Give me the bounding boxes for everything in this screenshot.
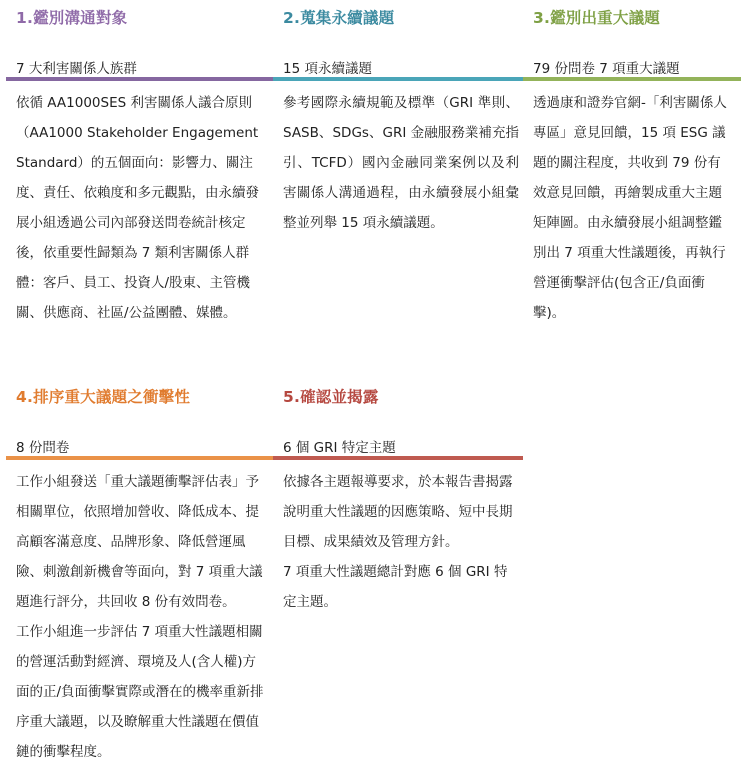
paragraph: 工作小組發送「重大議題衝擊評估表」予相關單位，依照增加營收、降低成本、提高顧客滿… xyxy=(16,467,268,617)
step-divider xyxy=(273,77,523,81)
step-title: 1.鑑別溝通對象 xyxy=(16,6,127,28)
step-title: 5.確認並揭露 xyxy=(283,385,379,407)
step-summary: 7 大利害關係人族群 xyxy=(16,57,137,77)
step-description: 依循 AA1000SES 利害關係人議合原則（AA1000 Stakeholde… xyxy=(16,88,266,328)
step-description: 依據各主題報導要求，於本報告書揭露說明重大性議題的因應策略、短中長期目標、成果績… xyxy=(283,467,519,617)
step-3-identify-material-issues: 3.鑑別出重大議題 79 份問卷 7 項重大議題 透過康和證券官網-「利害關係人… xyxy=(523,6,741,366)
step-summary: 6 個 GRI 特定主題 xyxy=(283,436,396,456)
step-summary: 8 份問卷 xyxy=(16,436,69,456)
step-title: 2.蒐集永續議題 xyxy=(283,6,394,28)
paragraph: 7 項重大性議題總計對應 6 個 GRI 特定主題。 xyxy=(283,557,519,617)
paragraph: 依循 AA1000SES 利害關係人議合原則（AA1000 Stakeholde… xyxy=(16,88,266,328)
step-title: 4.排序重大議題之衝擊性 xyxy=(16,385,190,407)
paragraph: 參考國際永續規範及標準（GRI 準則、SASB、SDGs、GRI 金融服務業補充… xyxy=(283,88,519,238)
step-divider xyxy=(6,456,273,460)
step-divider xyxy=(523,77,741,81)
step-1-identify-stakeholders: 1.鑑別溝通對象 7 大利害關係人族群 依循 AA1000SES 利害關係人議合… xyxy=(6,6,273,366)
step-summary: 15 項永續議題 xyxy=(283,57,372,77)
step-summary: 79 份問卷 7 項重大議題 xyxy=(533,57,680,77)
paragraph: 透過康和證券官網-「利害關係人專區」意見回饋，15 項 ESG 議題的關注程度，… xyxy=(533,88,733,328)
step-2-collect-issues: 2.蒐集永續議題 15 項永續議題 參考國際永續規範及標準（GRI 準則、SAS… xyxy=(273,6,523,366)
step-4-rank-impact: 4.排序重大議題之衝擊性 8 份問卷 工作小組發送「重大議題衝擊評估表」予相關單… xyxy=(6,385,273,779)
step-description: 工作小組發送「重大議題衝擊評估表」予相關單位，依照增加營收、降低成本、提高顧客滿… xyxy=(16,467,268,767)
step-5-confirm-disclose: 5.確認並揭露 6 個 GRI 特定主題 依據各主題報導要求，於本報告書揭露說明… xyxy=(273,385,523,779)
step-divider xyxy=(6,77,273,81)
step-description: 透過康和證券官網-「利害關係人專區」意見回饋，15 項 ESG 議題的關注程度，… xyxy=(533,88,733,328)
paragraph: 工作小組進一步評估 7 項重大性議題相關的營運活動對經濟、環境及人(含人權)方面… xyxy=(16,617,268,767)
paragraph: 依據各主題報導要求，於本報告書揭露說明重大性議題的因應策略、短中長期目標、成果績… xyxy=(283,467,519,557)
step-description: 參考國際永續規範及標準（GRI 準則、SASB、SDGs、GRI 金融服務業補充… xyxy=(283,88,519,238)
step-title: 3.鑑別出重大議題 xyxy=(533,6,660,28)
step-divider xyxy=(273,456,523,460)
